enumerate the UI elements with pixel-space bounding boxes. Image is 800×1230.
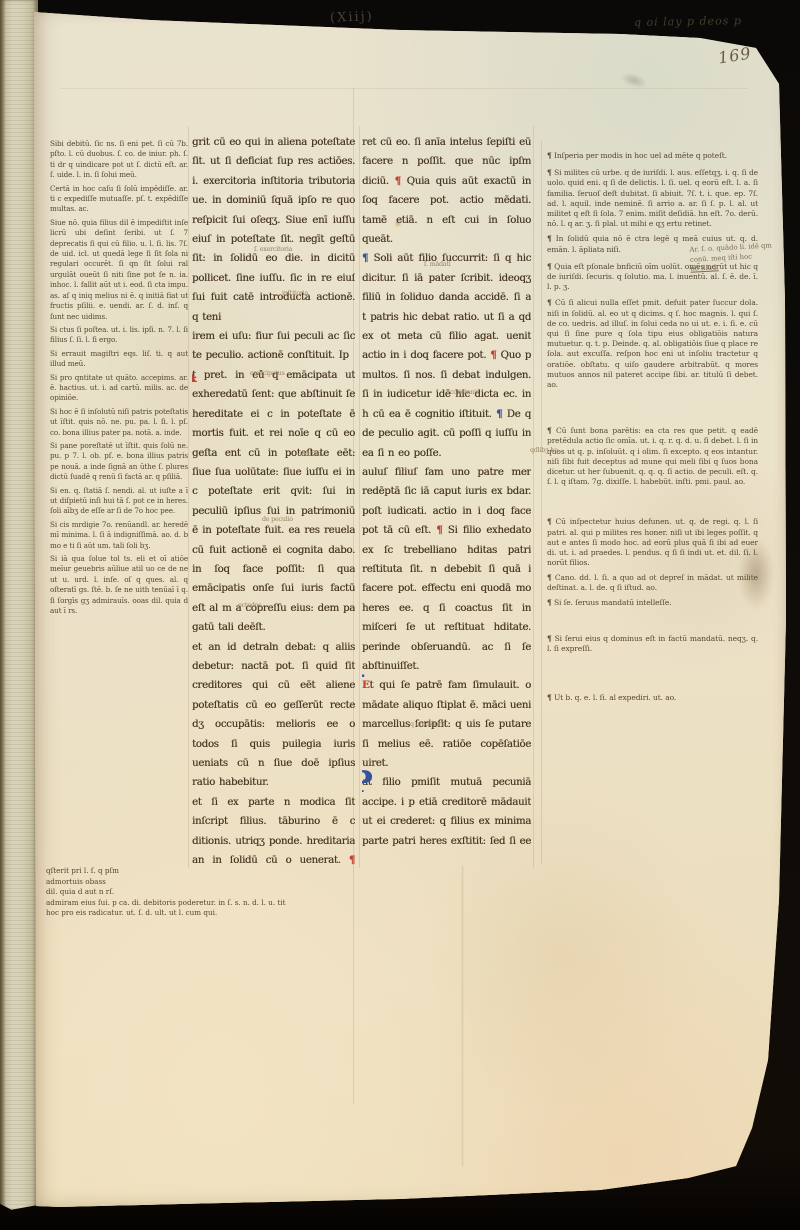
text-lines: at filio pmiſit mutuā pecuniā accipe. i …	[362, 773, 531, 849]
quire-inscription: (Xiij)	[330, 9, 374, 26]
text-block: –i.Si en. q. ſtatiā ſ. nendi. al. ut iuſ…	[50, 486, 188, 517]
text-lines: Si pane poreſtatē ut īſtit. quis ſolū ne…	[50, 441, 188, 483]
interlinear-gloss: ſ. mādati	[424, 261, 451, 268]
text-block: a¶ Inſperia per modis in hoc uel ad mēte…	[547, 151, 758, 161]
text-lines: grit cū eo qui in aliena poteſtate ſit. …	[192, 133, 355, 327]
text-lines: ¶ Soli aūt filio ſuccurrit: ſi q hic dic…	[362, 249, 531, 462]
text-lines: Si pro qntitate ut quāto. accepims. ar. …	[50, 373, 188, 404]
text-lines: Sibi debitū. ſic ns. ſi eni pet. ſi cū 7…	[50, 139, 188, 181]
text-block: –c.Siue nō. quia filius dil ē impediſtit…	[50, 218, 188, 322]
addendum-line: hoc pro eis radicatur. ut. ſ. d. ult. ut…	[46, 908, 466, 919]
paragraph-mark: ¶	[395, 175, 401, 187]
paragraph-mark: ¶	[349, 854, 355, 866]
text-block: IS et an id detraln debat: q aliis debet…	[192, 638, 355, 793]
text-lines: et ſi ex parte n modica ſit inſcript fil…	[192, 793, 355, 869]
text-block: –l.Si iā qua ſolue tol ts. eli et oī ati…	[50, 554, 188, 616]
text-block: –a.Sibi debitū. ſic ns. ſi eni pet. ſi c…	[50, 139, 188, 181]
text-lines: ¶ Si milites cū urbe. q de iuriſdi. l. a…	[547, 168, 758, 229]
text-block: –¶ Ut b. q. e. l. ſi. al expediri. ut. a…	[547, 693, 758, 703]
companion-initial: P	[362, 773, 372, 792]
header-inscription: q oi lay p deos p	[634, 14, 742, 29]
paragraph-mark: ¶	[547, 573, 552, 582]
text-block: →¶ Cū ſi alicui nulla eſſet pmit. defuit…	[547, 298, 758, 390]
text-lines: Siue nō. quia filius dil ē impediſtit in…	[50, 218, 188, 322]
paragraph-mark: ¶	[362, 252, 368, 264]
text-block: –b.Certā in hoc caſu ſi ſolū impēdiſſe. …	[50, 184, 188, 215]
paragraph-mark: ¶	[547, 168, 552, 177]
text-block: –g.Si hoc ē ſi inſolutū niſi patris pote…	[50, 407, 188, 438]
interlinear-gloss: de peculio	[262, 516, 293, 523]
paragraph-mark: ¶	[547, 634, 552, 643]
paragraph-mark: ¶	[547, 298, 552, 307]
interlinear-gloss: inſtitoria	[282, 290, 308, 297]
text-lines: Si cis mrdigie 7o. renūandl. ar. heredē …	[50, 520, 188, 551]
text-lines: ret cū eo. ſi anīa intelus ſepiſti eū fa…	[362, 133, 531, 249]
text-block: ret cū eo. ſi anīa intelus ſepiſti eū fa…	[362, 133, 531, 249]
text-lines: t pret. in eū q emācipata ut exheredatū …	[192, 366, 355, 638]
addendum-line: dil. quia d aut n rſ.	[46, 887, 466, 898]
decorated-initial: A	[192, 365, 196, 385]
paragraph-mark: ¶	[547, 693, 552, 702]
interlinear-gloss: qdlibʒ ho.	[530, 447, 559, 454]
text-lines: ¶ Si ſe. ſeruus mandatū intelleſſe.	[547, 598, 758, 608]
text-block: At pret. in eū q emācipata ut exheredatū…	[192, 366, 355, 638]
text-lines: ¶ Ut b. q. e. l. ſi. al expediri. ut. ao…	[547, 693, 758, 703]
text-block: ¶ Soli aūt filio ſuccurrit: ſi q hic dic…	[362, 249, 531, 462]
text-block: –d.Si ctus ſi poſtea. ut. i. lis. ipſi. …	[50, 325, 188, 346]
interlinear-gloss: emācipatus	[250, 370, 285, 377]
text-lines: Si ctus ſi poſtea. ut. i. lis. ipſi. n. …	[50, 325, 188, 346]
decorated-initial: U	[362, 673, 365, 709]
text-lines: Et qui ſe patrē fam ſimulauit. o mādate …	[362, 676, 531, 773]
interlinear-gloss: q crediderit	[410, 721, 445, 728]
ruling-line-top	[60, 88, 748, 89]
text-lines: Si errauit magiſtri eqs. liſ. ti. q aut …	[50, 349, 188, 370]
manuscript-photo: (Xiij) q oi lay p deos p 169 –a.Sibi deb…	[0, 0, 800, 1230]
book-edge-strip	[0, 0, 38, 1211]
text-block: –¶ Si ſerui eius q dominus eſt in factū …	[547, 634, 758, 654]
text-lines: et an id detraln debat: q aliis debetur:…	[192, 638, 355, 793]
interlinear-gloss: ſ. exercitoria	[254, 246, 292, 253]
text-block: →¶ Cano. dd. l. ſi. a quo ad ot depreſ i…	[547, 573, 758, 593]
paragraph-mark: ¶	[490, 349, 496, 361]
paragraph-mark: ¶	[547, 151, 552, 160]
addendum-line: admortuis obass	[46, 877, 466, 888]
text-block: →¶ Cū ſunt bona parētis: ea cta res que …	[547, 426, 758, 487]
addendum-lines: qſterit pri l. ſ. q pſmadmortuis obassdi…	[46, 866, 466, 919]
text-lines: ¶ Cano. dd. l. ſi. a quo ad ot depreſ in…	[547, 573, 758, 593]
ruling-line-left	[188, 126, 189, 868]
text-block: –¶ Si milites cū urbe. q de iuriſdi. l. …	[547, 168, 758, 229]
text-block: Uirem ei uſu: fiur ſui peculi ac ſic te …	[192, 327, 355, 366]
text-lines: auluſ filiuſ fam uno patre mer redēptā ſ…	[362, 463, 531, 676]
text-lines: ¶ Cū inſpectetur huius defunen. ut. q. d…	[547, 517, 758, 568]
text-block: Pauluſ filiuſ fam uno patre mer redēptā …	[362, 463, 531, 676]
text-column-right: ret cū eo. ſi anīa intelus ſepiſti eū fa…	[362, 133, 531, 849]
paragraph-mark: ¶	[547, 234, 552, 243]
text-lines: irem ei uſu: fiur ſui peculi ac ſic te p…	[192, 327, 355, 366]
text-block: =¶ Si ſe. ſeruus mandatū intelleſſe.	[547, 598, 758, 608]
ruling-line-center	[359, 126, 360, 868]
interlinear-gloss: cotidianis	[450, 389, 479, 396]
paragraph-mark: ¶	[547, 262, 552, 271]
text-lines: Certā in hoc caſu ſi ſolū impēdiſſe. ar.…	[50, 184, 188, 215]
text-block: IS et ſi ex parte n modica ſit inſcript …	[192, 793, 355, 869]
text-block: =¶ Cū inſpectetur huius defunen. ut. q. …	[547, 517, 758, 568]
text-column-left: grit cū eo qui in aliena poteſtate ſit. …	[192, 133, 355, 869]
interlinear-gloss: cōſtituit	[298, 451, 322, 458]
text-block: UEt qui ſe patrē fam ſimulauit. o mādate…	[362, 676, 531, 773]
text-lines: ¶ Cū ſi alicui nulla eſſet pmit. defuit …	[547, 298, 758, 390]
paragraph-mark: ¶	[547, 426, 552, 435]
text-block: SPat filio pmiſit mutuā pecuniā accipe. …	[362, 773, 531, 849]
ruling-line-right	[533, 126, 534, 868]
paragraph-mark: ¶	[547, 598, 552, 607]
text-lines: ¶ Cū ſunt bona parētis: ea cta res que p…	[547, 426, 758, 487]
text-lines: ¶ Si ſerui eius q dominus eſt in factū m…	[547, 634, 758, 654]
text-lines: ¶ Inſperia per modis in hoc uel ad mēte …	[547, 151, 758, 161]
addendum-line: admiram eius ſui. p ca. di. debitoris po…	[46, 898, 466, 909]
gloss-column-left: –a.Sibi debitū. ſic ns. ſi eni pet. ſi c…	[50, 136, 188, 866]
text-lines: Si en. q. ſtatiā ſ. nendi. al. ut iuſte …	[50, 486, 188, 517]
text-block: –h.Si pane poreſtatē ut īſtit. quis ſolū…	[50, 441, 188, 483]
paragraph-mark: ¶	[436, 524, 442, 536]
text-block: –f.Si pro qntitate ut quāto. accepims. a…	[50, 373, 188, 404]
paragraph-mark: ¶	[547, 517, 552, 526]
addendum-line: qſterit pri l. ſ. q pſm	[46, 866, 466, 877]
text-lines: Si iā qua ſolue tol ts. eli et oī atiōe …	[50, 554, 188, 616]
text-lines: Si hoc ē ſi inſolutū niſi patris poteſta…	[50, 407, 188, 438]
interlinear-gloss: octodos	[238, 602, 261, 609]
paragraph-mark: ¶	[496, 408, 502, 420]
text-block: –k.Si cis mrdigie 7o. renūandl. ar. here…	[50, 520, 188, 551]
ruling-line-gloss	[541, 140, 542, 864]
margin-note: Ar. ſ. o. quādo li. idē qmconū. meq iſti…	[689, 240, 796, 274]
text-block: grit cū eo qui in aliena poteſtate ſit. …	[192, 133, 355, 327]
text-block: –e.Si errauit magiſtri eqs. liſ. ti. q a…	[50, 349, 188, 370]
